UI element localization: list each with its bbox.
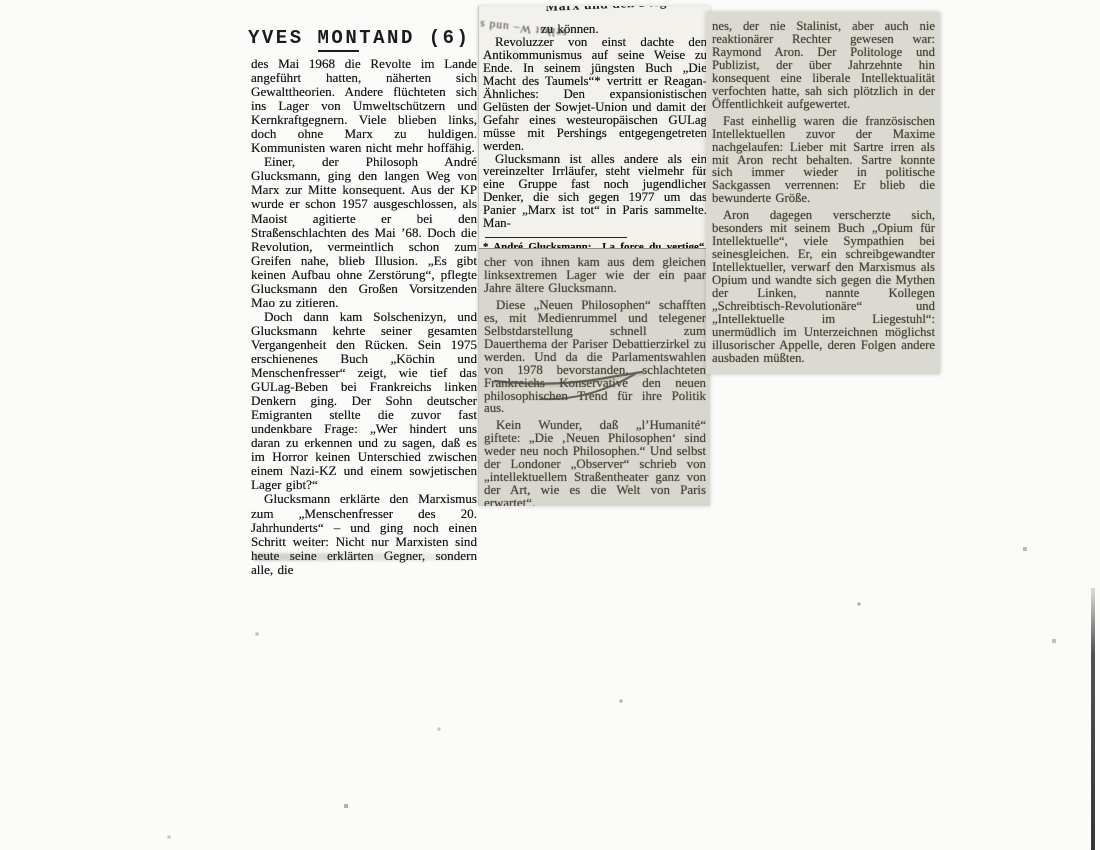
footnote-rule [485,237,627,238]
paragraph: Doch dann kam Solschenizyn, und Glucksma… [251,310,477,493]
paragraph: Glucksmann ist alles andere als ein vere… [483,153,707,231]
scan-specks [0,0,2,2]
paragraph: Revoluzzer von einst dachte den Antikomm… [483,36,707,153]
article-column-left: des Mai 1968 die Revolte im Lande angefü… [251,57,477,562]
paragraph: Aron dagegen verscherzte sich, besonders… [712,209,935,364]
faded-ghost-line [253,553,471,561]
paragraph: des Mai 1968 die Revolte im Lande angefü… [251,57,477,155]
paragraph: Glucksmann erklärte den Marxismus zum „M… [251,492,477,576]
middle-clipping: Marx und den Folgen selbst W– und sinn ü… [478,6,710,506]
paragraph: Kein Wunder, daß „l’Humanité“ giftete: „… [484,419,706,506]
right-clipping: nes, der nie Stalinist, aber auch nie re… [706,12,940,374]
article-heading: YVES MONTAND (6) [248,26,470,50]
heading-text: YVES [248,27,318,49]
paragraph: Fast einhellig waren die französischen I… [712,115,935,206]
rotated-print-fragment: Marx und den Folgen [545,6,682,15]
paragraph: nes, der nie Stalinist, aber auch nie re… [712,20,935,111]
middle-clipping-lower: cher von ihnen kam aus dem gleichen link… [479,248,710,506]
pencil-mark [485,361,690,411]
scan-edge-artifact [1091,588,1095,850]
paragraph: cher von ihnen kam aus dem gleichen link… [484,256,706,295]
scanned-page: YVES MONTAND (6) des Mai 1968 die Revolt… [0,0,1100,850]
paragraph: Einer, der Philosoph André Glucksmann, g… [251,155,477,310]
heading-underlined-text: MON [318,27,360,52]
heading-text: TAND (6) [359,27,470,49]
